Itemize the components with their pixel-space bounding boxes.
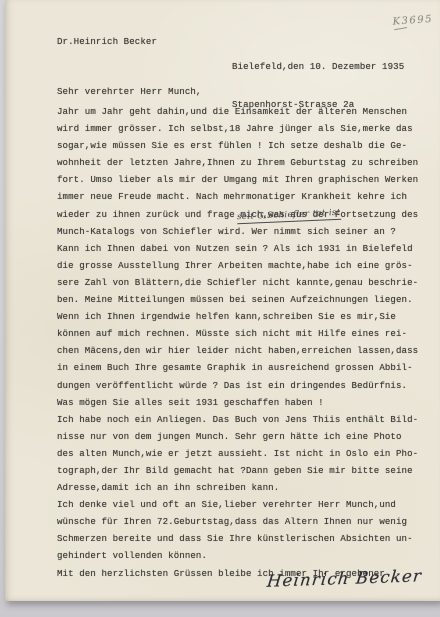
archive-number-annotation: K3695 xyxy=(392,13,440,38)
letter-body-line: die grosse Ausstellung Ihrer Arbeiten ma… xyxy=(57,257,418,274)
letter-body-line: tograph,der Ihr Bild gemacht hat ?Dann g… xyxy=(57,462,418,479)
letter-body-line: nisse nur von dem jungen Munch. Sehr ger… xyxy=(57,428,418,445)
letter-body: Jahr um Jahr geht dahin,und die Einsamke… xyxy=(57,103,418,582)
letter-body-line: chen Mäcens,den wir hier leider nicht ha… xyxy=(57,342,418,359)
letter-body-line: Wenn ich Ihnen irgendwie helfen kann,sch… xyxy=(57,308,418,325)
letter-body-line: fort. Umso lieber als mir der Umgang mit… xyxy=(57,171,418,188)
letter-body-line: sere Zahl von Blättern,die Schiefler nic… xyxy=(57,274,418,291)
letter-body-line: gehindert vollenden können. xyxy=(57,547,418,564)
letter-body-line: Ich denke viel und oft an Sie,lieber ver… xyxy=(57,496,418,513)
letter-body-line: wohnheit der letzten Jahre,Ihnen zu Ihre… xyxy=(57,154,418,171)
letter-page: K3695 Dr.Heinrich Becker Bielefeld,den 1… xyxy=(5,0,440,601)
letter-body-line: Schmerzen bereite und dass Sie Ihre küns… xyxy=(57,530,418,547)
letter-body-line: immer neue Freude macht. Nach mehrmonati… xyxy=(57,188,418,205)
letter-body-line: Jahr um Jahr geht dahin,und die Einsamke… xyxy=(57,103,418,120)
letter-body-line: wird immer grösser. Ich selbst,18 Jahre … xyxy=(57,120,418,137)
letter-body-line: des alten Munch,wie er jetzt aussieht. I… xyxy=(57,445,418,462)
letter-body-line: können auf mich rechnen. Müsste sich nic… xyxy=(57,325,418,342)
letter-body-line: ben. Meine Mitteilungen müssen bei seine… xyxy=(57,291,418,308)
signature-handwritten: Heinrich Becker xyxy=(266,566,423,590)
letter-body-line: Ich habe noch ein Anliegen. Das Buch von… xyxy=(57,411,418,428)
letter-body-line: dungen veröffentlicht würde ? Das ist ei… xyxy=(57,377,418,394)
sender-name: Dr.Heinrich Becker xyxy=(57,36,157,47)
letter-body-line: Munch-Katalogs von Schiefler wird. Wer n… xyxy=(57,223,418,240)
letter-body-line: Kann ich Ihnen dabei von Nutzen sein ? A… xyxy=(57,240,418,257)
letter-body-line: Was mögen Sie alles seit 1931 geschaffen… xyxy=(57,394,418,411)
letter-body-line: Adresse,damit ich an ihn schreiben kann. xyxy=(57,479,418,496)
letter-body-line: in einem Buch Ihre gesamte Graphik in au… xyxy=(57,359,418,376)
scan-background: K3695 Dr.Heinrich Becker Bielefeld,den 1… xyxy=(0,0,440,617)
place-date-line: Bielefeld,den 10. Dezember 1935 xyxy=(232,61,404,74)
letter-body-line: wünsche für Ihren 72.Geburtstag,dass das… xyxy=(57,513,418,530)
salutation: Sehr verehrter Herr Munch, xyxy=(57,86,202,97)
letter-body-line: sogar,wie müssen Sie es erst fühlen ! Ic… xyxy=(57,137,418,154)
